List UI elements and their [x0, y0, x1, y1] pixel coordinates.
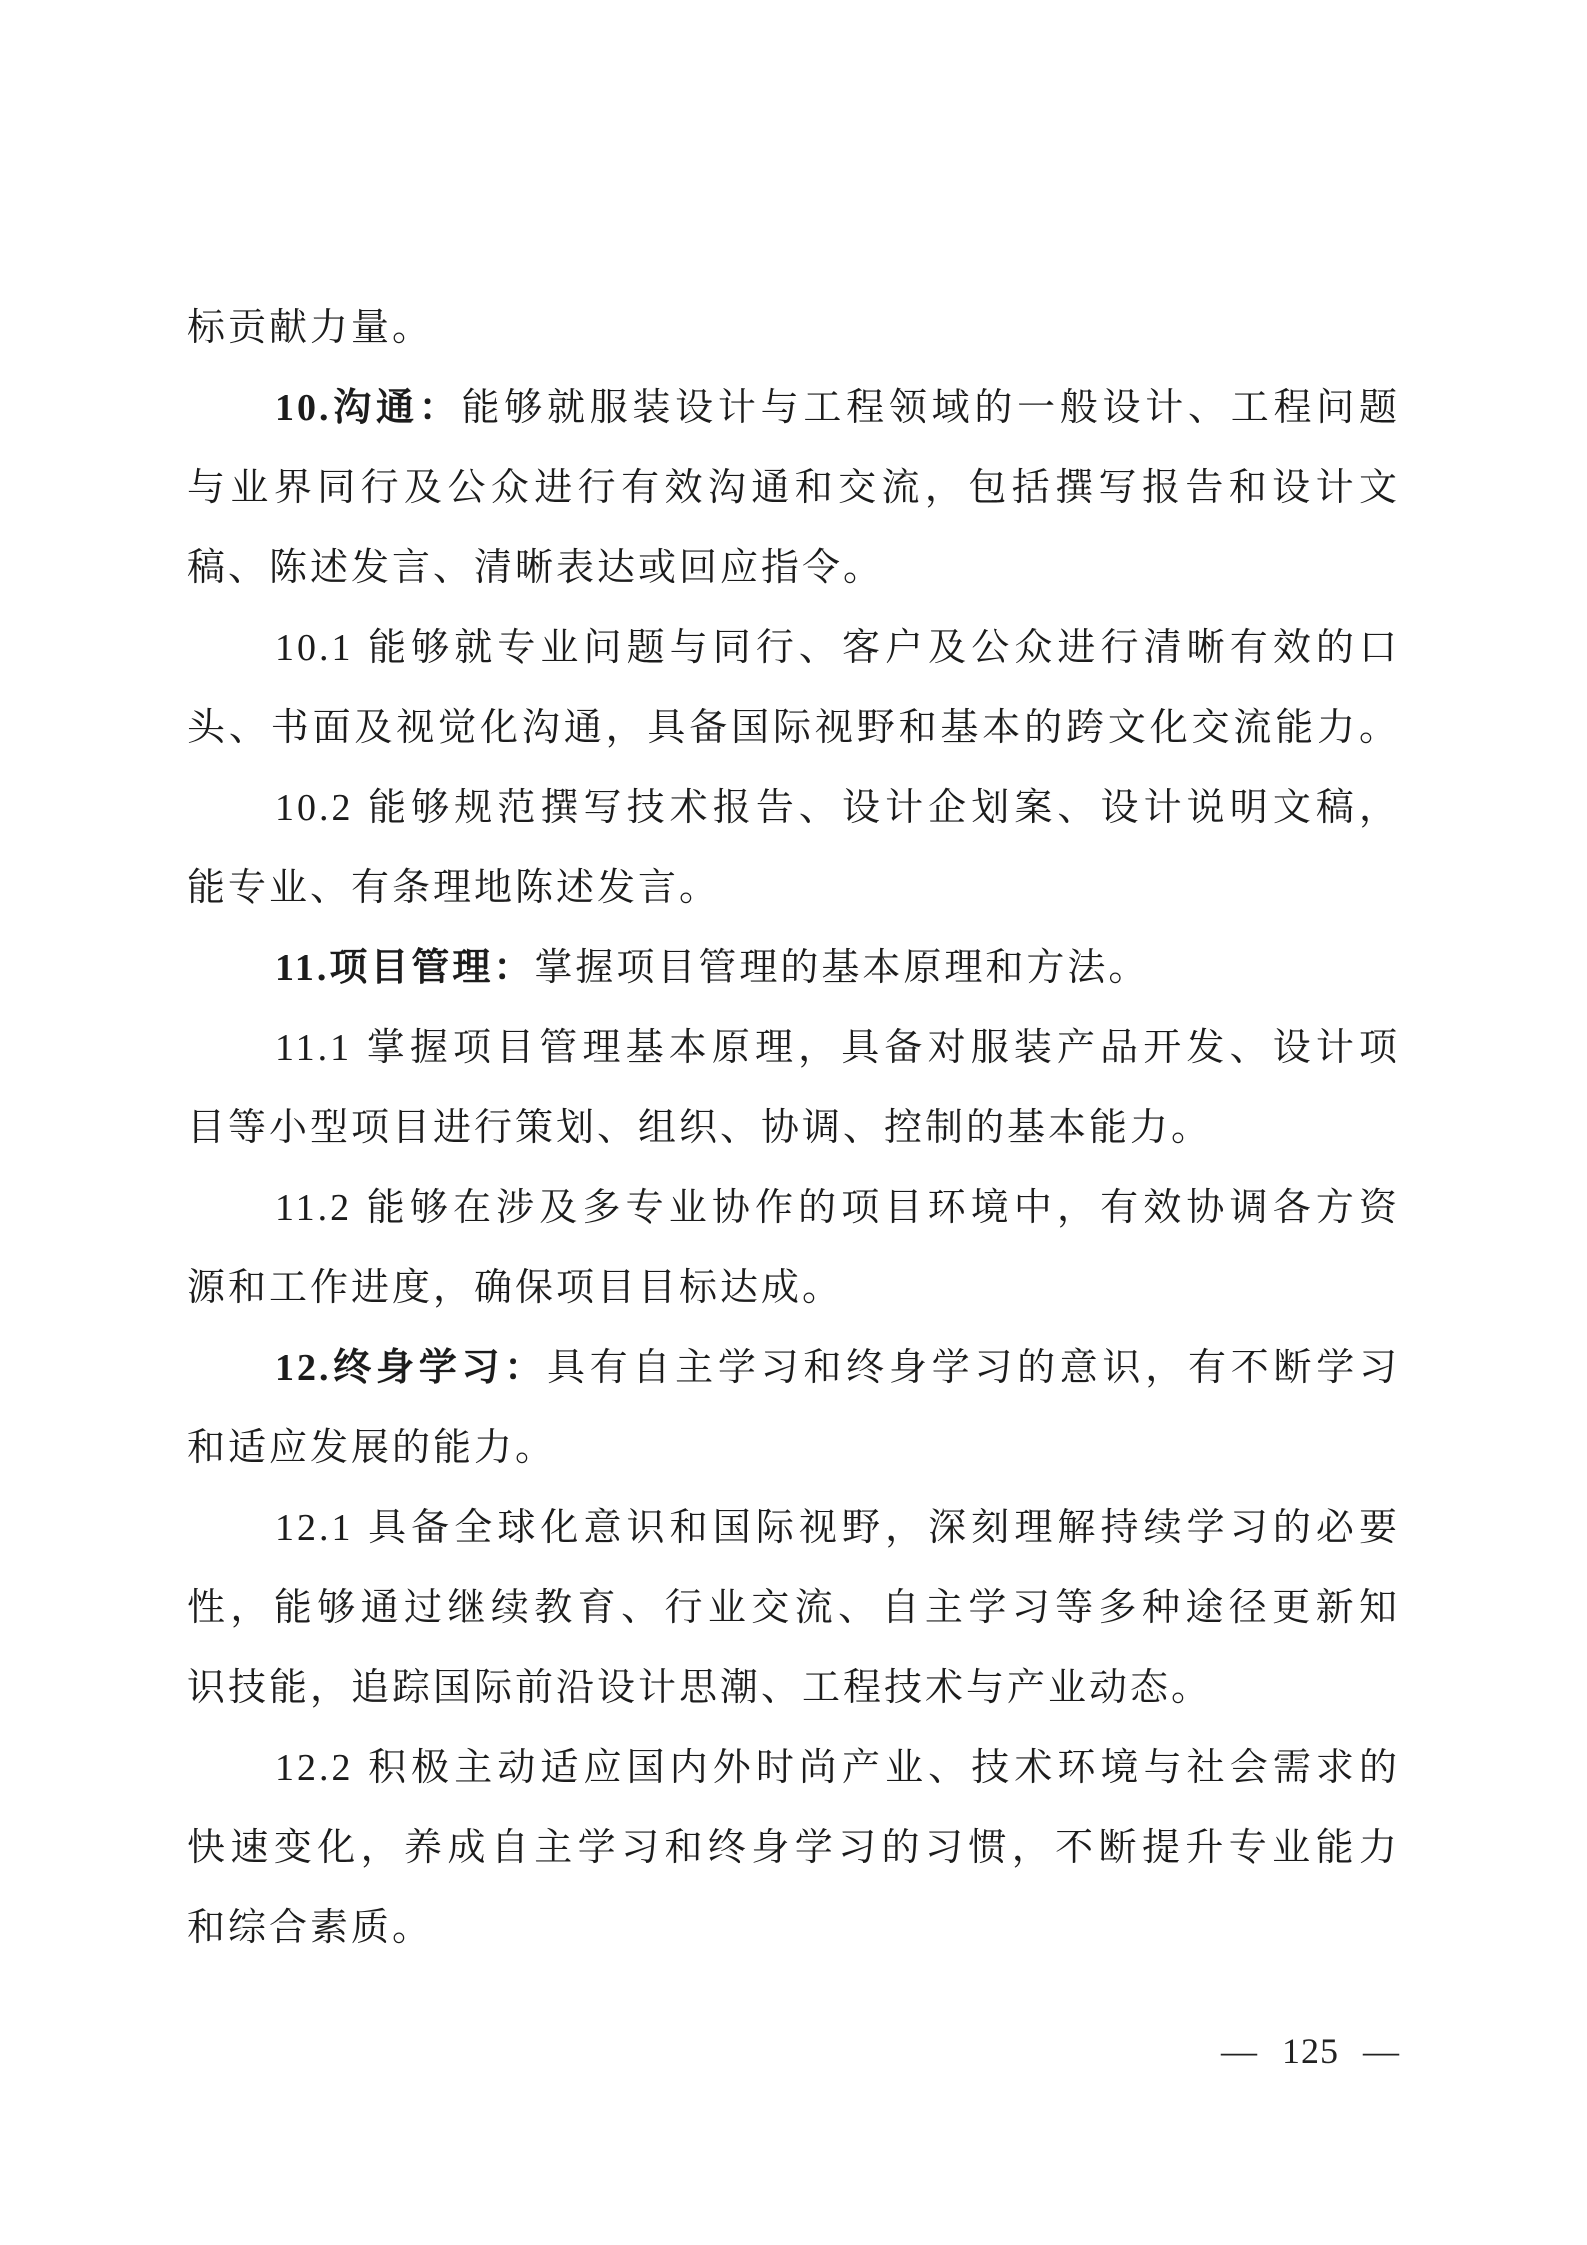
text-line: 12.1 具备全球化意识和国际视野，深刻理解持续学习的必要 [187, 1488, 1400, 1568]
paragraph: 11.2 能够在涉及多专业协作的项目环境中，有效协调各方资源和工作进度，确保项目… [187, 1168, 1400, 1328]
paragraph: 11.1 掌握项目管理基本原理，具备对服装产品开发、设计项目等小型项目进行策划、… [187, 1008, 1400, 1168]
line-text: 和综合素质。 [187, 1907, 433, 1949]
paragraph-lead-term: 10.沟通： [275, 387, 461, 429]
text-line: 10.沟通：能够就服装设计与工程领域的一般设计、工程问题 [187, 368, 1400, 448]
paragraph: 标贡献力量。 [187, 288, 1400, 368]
text-line: 12.2 积极主动适应国内外时尚产业、技术环境与社会需求的 [187, 1728, 1400, 1808]
line-text: 源和工作进度，确保项目目标达成。 [187, 1267, 843, 1309]
line-text: 能够就服装设计与工程领域的一般设计、工程问题 [461, 387, 1400, 429]
line-text: 快速变化，养成自主学习和终身学习的习惯，不断提升专业能力 [187, 1827, 1400, 1869]
text-line: 源和工作进度，确保项目目标达成。 [187, 1248, 1400, 1328]
text-line: 11.1 掌握项目管理基本原理，具备对服装产品开发、设计项 [187, 1008, 1400, 1088]
line-text: 12.1 具备全球化意识和国际视野，深刻理解持续学习的必要 [275, 1507, 1400, 1549]
text-line: 与业界同行及公众进行有效沟通和交流，包括撰写报告和设计文 [187, 448, 1400, 528]
text-line: 能专业、有条理地陈述发言。 [187, 848, 1400, 928]
document-page: 标贡献力量。10.沟通：能够就服装设计与工程领域的一般设计、工程问题与业界同行及… [0, 0, 1587, 2245]
page-number: — 125 — [1221, 2030, 1400, 2072]
paragraph-lead-term: 12.终身学习： [275, 1347, 547, 1389]
line-text: 和适应发展的能力。 [187, 1427, 556, 1469]
line-text: 目等小型项目进行策划、组织、协调、控制的基本能力。 [187, 1107, 1212, 1149]
text-line: 10.1 能够就专业问题与同行、客户及公众进行清晰有效的口 [187, 608, 1400, 688]
paragraph: 10.沟通：能够就服装设计与工程领域的一般设计、工程问题与业界同行及公众进行有效… [187, 368, 1400, 608]
line-text: 稿、陈述发言、清晰表达或回应指令。 [187, 547, 884, 589]
paragraph: 10.1 能够就专业问题与同行、客户及公众进行清晰有效的口头、书面及视觉化沟通，… [187, 608, 1400, 768]
line-text: 与业界同行及公众进行有效沟通和交流，包括撰写报告和设计文 [187, 467, 1400, 509]
text-line: 12.终身学习：具有自主学习和终身学习的意识，有不断学习 [187, 1328, 1400, 1408]
text-line: 11.2 能够在涉及多专业协作的项目环境中，有效协调各方资 [187, 1168, 1400, 1248]
text-line: 快速变化，养成自主学习和终身学习的习惯，不断提升专业能力 [187, 1808, 1400, 1888]
text-line: 10.2 能够规范撰写技术报告、设计企划案、设计说明文稿， [187, 768, 1400, 848]
line-text: 12.2 积极主动适应国内外时尚产业、技术环境与社会需求的 [275, 1747, 1400, 1789]
paragraph: 10.2 能够规范撰写技术报告、设计企划案、设计说明文稿，能专业、有条理地陈述发… [187, 768, 1400, 928]
text-line: 性，能够通过继续教育、行业交流、自主学习等多种途径更新知 [187, 1568, 1400, 1648]
line-text: 头、书面及视觉化沟通，具备国际视野和基本的跨文化交流能力。 [187, 707, 1400, 749]
line-text: 掌握项目管理的基本原理和方法。 [534, 947, 1149, 989]
line-text: 具有自主学习和终身学习的意识，有不断学习 [547, 1347, 1400, 1389]
text-line: 稿、陈述发言、清晰表达或回应指令。 [187, 528, 1400, 608]
paragraph: 12.终身学习：具有自主学习和终身学习的意识，有不断学习和适应发展的能力。 [187, 1328, 1400, 1488]
page-body-text: 标贡献力量。10.沟通：能够就服装设计与工程领域的一般设计、工程问题与业界同行及… [187, 288, 1400, 1968]
line-text: 10.2 能够规范撰写技术报告、设计企划案、设计说明文稿， [275, 787, 1400, 829]
line-text: 性，能够通过继续教育、行业交流、自主学习等多种途径更新知 [187, 1587, 1400, 1629]
text-line: 识技能，追踪国际前沿设计思潮、工程技术与产业动态。 [187, 1648, 1400, 1728]
text-line: 标贡献力量。 [187, 288, 1400, 368]
line-text: 11.2 能够在涉及多专业协作的项目环境中，有效协调各方资 [275, 1187, 1400, 1229]
paragraph: 12.1 具备全球化意识和国际视野，深刻理解持续学习的必要性，能够通过继续教育、… [187, 1488, 1400, 1728]
text-line: 11.项目管理：掌握项目管理的基本原理和方法。 [187, 928, 1400, 1008]
paragraph: 12.2 积极主动适应国内外时尚产业、技术环境与社会需求的快速变化，养成自主学习… [187, 1728, 1400, 1968]
text-line: 目等小型项目进行策划、组织、协调、控制的基本能力。 [187, 1088, 1400, 1168]
line-text: 标贡献力量。 [187, 307, 433, 349]
text-line: 和综合素质。 [187, 1888, 1400, 1968]
line-text: 识技能，追踪国际前沿设计思潮、工程技术与产业动态。 [187, 1667, 1212, 1709]
text-line: 头、书面及视觉化沟通，具备国际视野和基本的跨文化交流能力。 [187, 688, 1400, 768]
text-line: 和适应发展的能力。 [187, 1408, 1400, 1488]
line-text: 10.1 能够就专业问题与同行、客户及公众进行清晰有效的口 [275, 627, 1400, 669]
paragraph: 11.项目管理：掌握项目管理的基本原理和方法。 [187, 928, 1400, 1008]
line-text: 能专业、有条理地陈述发言。 [187, 867, 720, 909]
line-text: 11.1 掌握项目管理基本原理，具备对服装产品开发、设计项 [275, 1027, 1400, 1069]
paragraph-lead-term: 11.项目管理： [275, 947, 534, 989]
